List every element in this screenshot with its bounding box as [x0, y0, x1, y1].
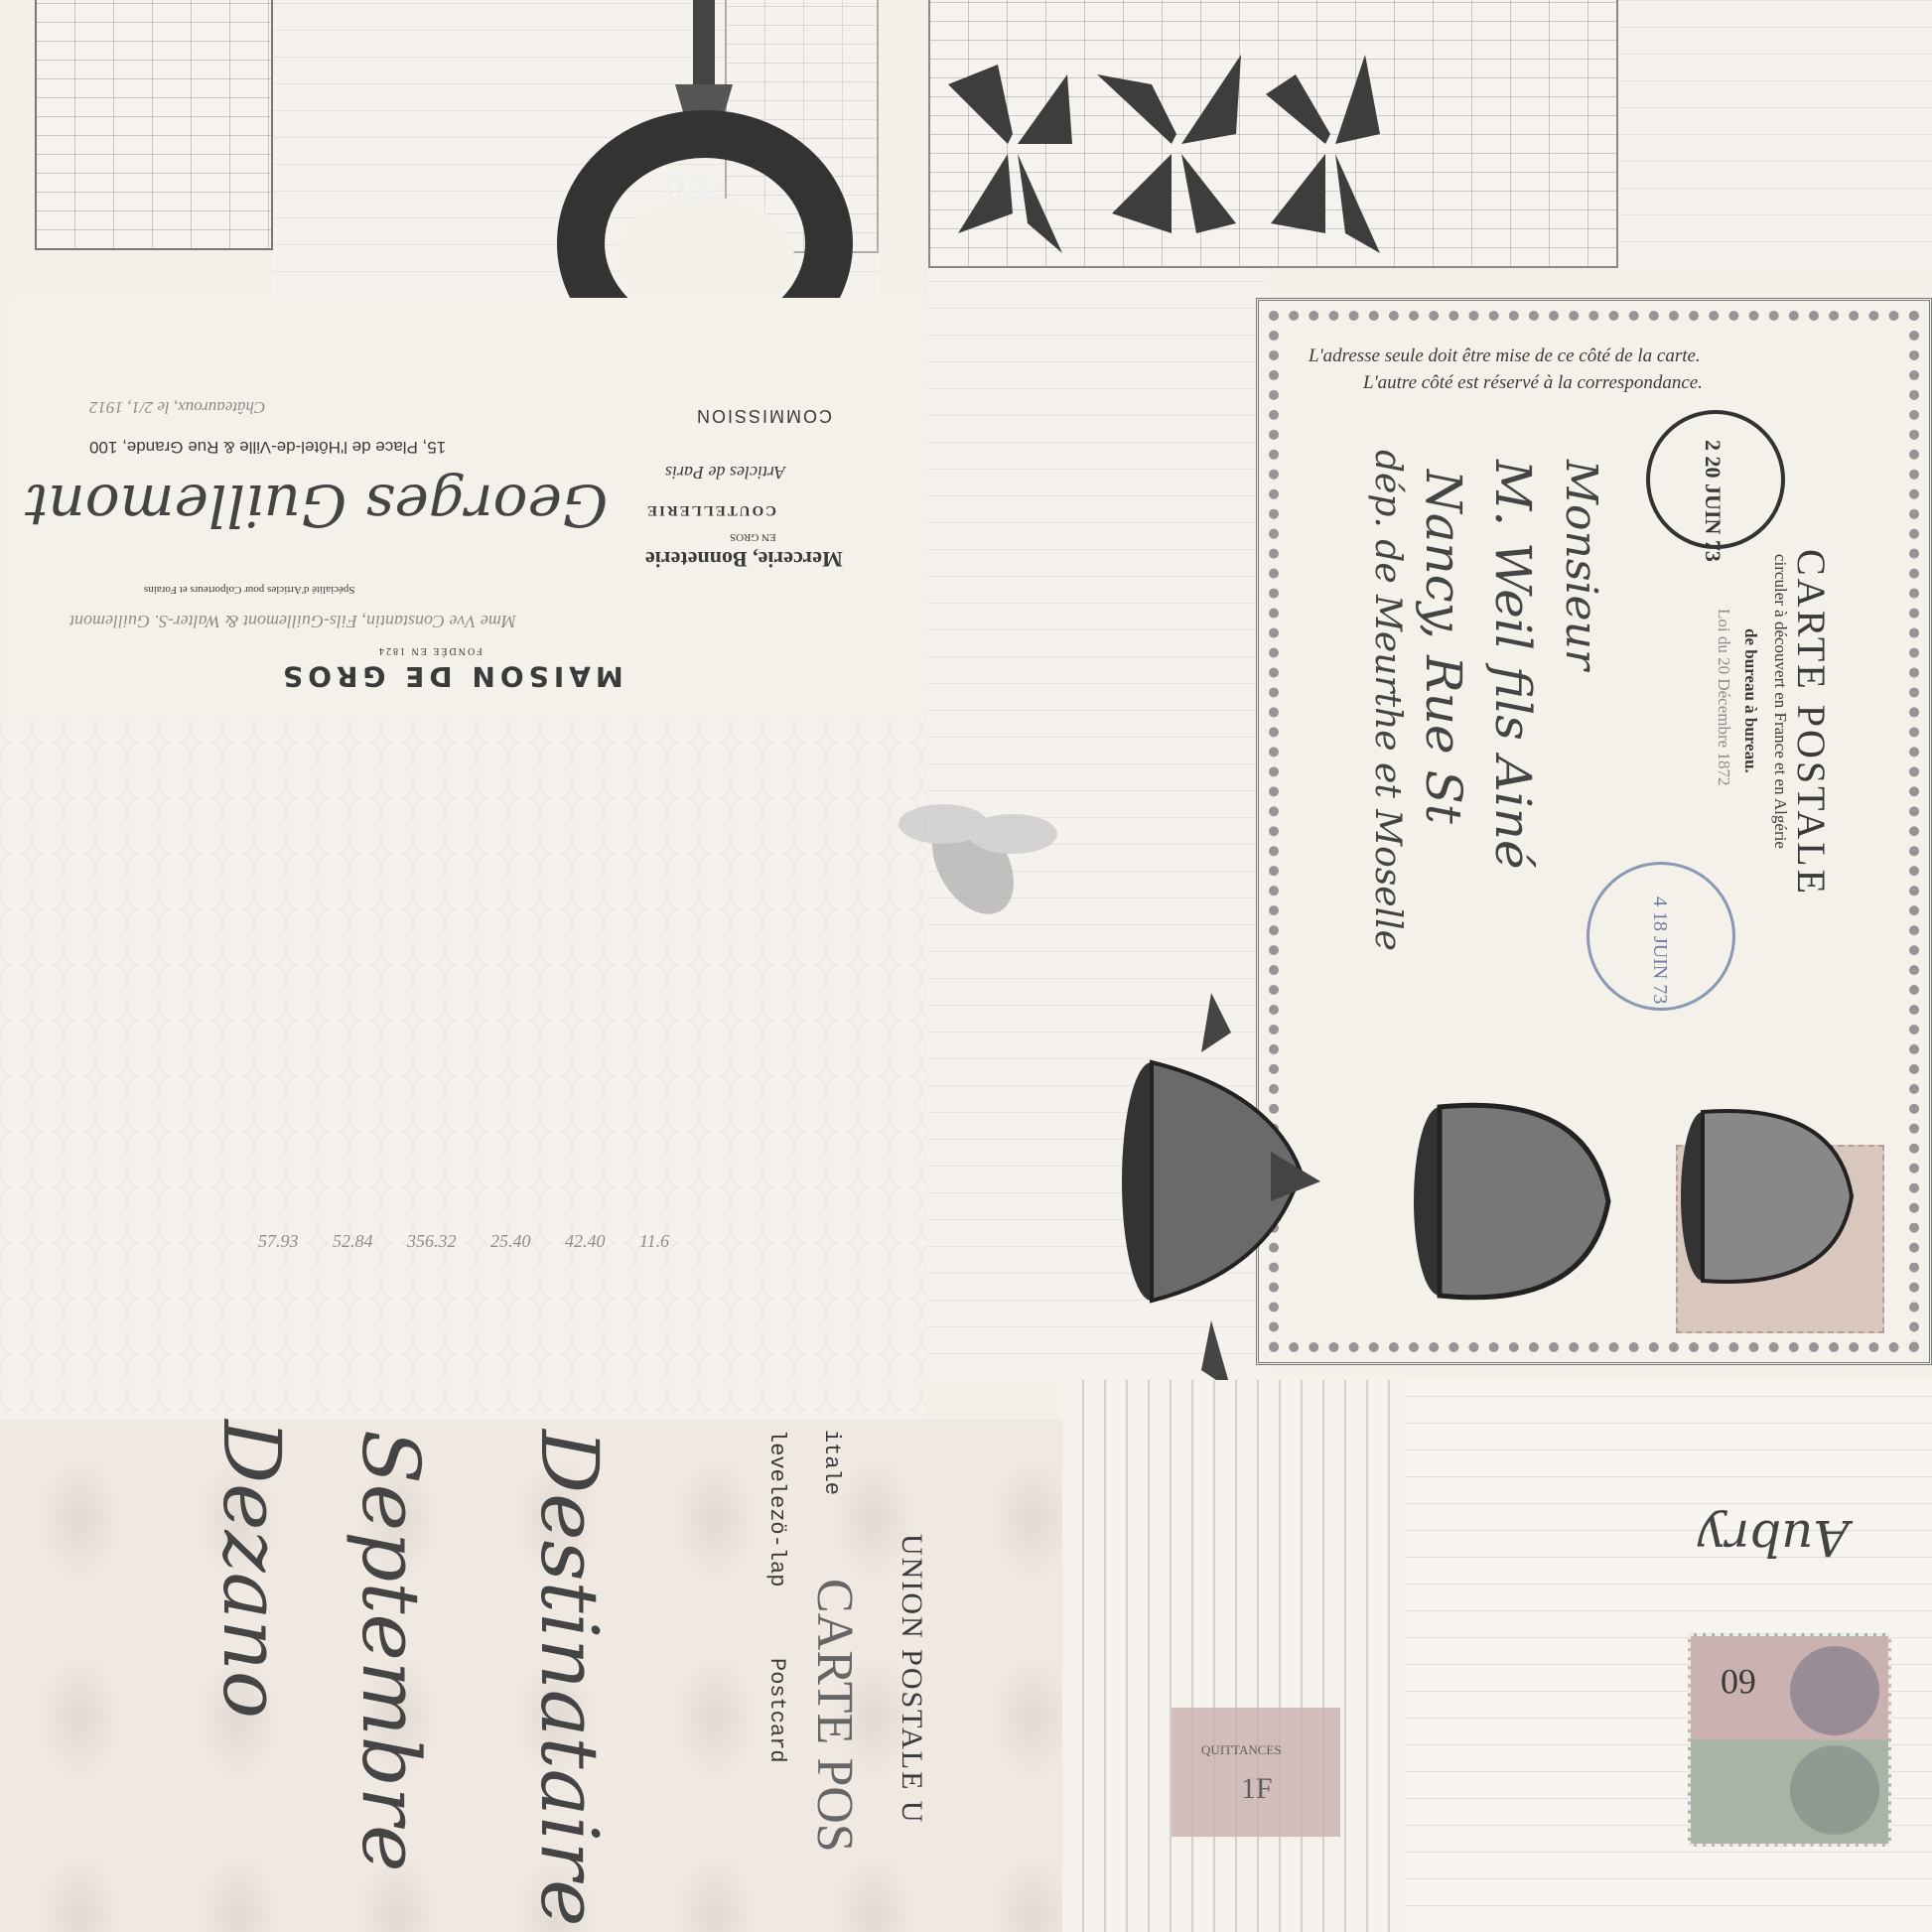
honeycomb-sheet — [0, 715, 928, 1420]
postcard-title: CARTE POSTALE — [1788, 549, 1835, 897]
aubry-signature: Aubry — [1698, 1509, 1849, 1567]
script-bottom-3: Destinataire — [523, 1430, 616, 1927]
quittance-stamp: QUITTANCES 1F — [1172, 1708, 1340, 1837]
union-line-2: CARTE POS — [805, 1579, 864, 1853]
address: 15, Place de l'Hôtel-de-Ville & Rue Gran… — [89, 437, 446, 457]
key-city: PARIS — [665, 169, 707, 185]
postmark-black-text: 2 20 JUIN 73 — [1700, 440, 1725, 562]
specialty: Spécialité d'Articles pour Colporteurs e… — [144, 584, 354, 596]
postcard-law: Loi du 20 Décembre 1872 — [1714, 609, 1733, 785]
address-line-3: Nancy, Rue St — [1415, 470, 1472, 824]
script-bottom-2: Septembre — [345, 1430, 437, 1872]
union-line-4: levelezö-lap — [764, 1430, 789, 1587]
top-right-script — [1618, 0, 1932, 268]
butterflies-icon — [938, 35, 1385, 263]
postcard-sub-1: circuler à découvert en France et en Alg… — [1770, 554, 1790, 849]
house-title: MAISON DE GROS — [278, 660, 623, 693]
dateline: Châteauroux, le 2/1, 1912 — [89, 397, 265, 417]
trade-articles: Articles de Paris — [665, 462, 785, 483]
trade-cutlery: COUTELLERIE — [645, 501, 776, 518]
quittance-value: 1F — [1241, 1772, 1273, 1806]
union-line-1: UNION POSTALE U — [895, 1534, 928, 1825]
merchant-name: Georges Guillemont — [25, 472, 608, 539]
crown-icon-3 — [1668, 1067, 1866, 1325]
trade-wholesale: EN GROS — [730, 531, 776, 543]
postcard-sub-2: de bureau à bureau. — [1740, 628, 1760, 773]
postage-stamp-60: 60 — [1688, 1633, 1891, 1847]
coin-icon-2 — [1790, 1745, 1879, 1835]
ledger-figures: 57.93 52.84 356.32 25.40 42.40 11.6 — [258, 1231, 669, 1252]
crown-icon — [1102, 973, 1330, 1410]
union-line-3: Postcard — [764, 1658, 789, 1763]
owners: Mme Vve Constantin, Fils-Guillemont & Wa… — [69, 611, 516, 631]
letterhead: COMMISSION Châteauroux, le 2/1, 1912 15,… — [10, 298, 923, 715]
coin-icon — [1790, 1646, 1879, 1735]
stamp-value: 60 — [1721, 1661, 1756, 1703]
bee-icon — [874, 755, 1072, 953]
crown-icon-2 — [1400, 1052, 1628, 1350]
address-line-1: Monsieur — [1556, 460, 1606, 670]
script-bottom-1: Dezano — [206, 1420, 298, 1719]
address-line-2: M. Weil fils Ainé — [1484, 460, 1542, 870]
postcard-instruction-1: L'adresse seule doit être mise de ce côt… — [1309, 345, 1701, 367]
union-line-5: itale — [819, 1430, 844, 1495]
receipt-sheet — [1062, 1380, 1405, 1932]
address-line-4: dép. de Meurthe et Moselle — [1367, 450, 1408, 951]
trade-mercery: Mercerie, Bonneterie — [645, 546, 843, 572]
commission-label: COMMISSION — [695, 405, 832, 426]
founded: FONDÉE EN 1824 — [377, 645, 483, 656]
postmark-blue-text: 4 18 JUIN 73 — [1648, 897, 1671, 1004]
postcard-instruction-2: L'autre côté est réservé à la correspond… — [1363, 372, 1703, 394]
ledger-sheet — [35, 0, 273, 250]
quittance-label: QUITTANCES — [1201, 1742, 1282, 1758]
